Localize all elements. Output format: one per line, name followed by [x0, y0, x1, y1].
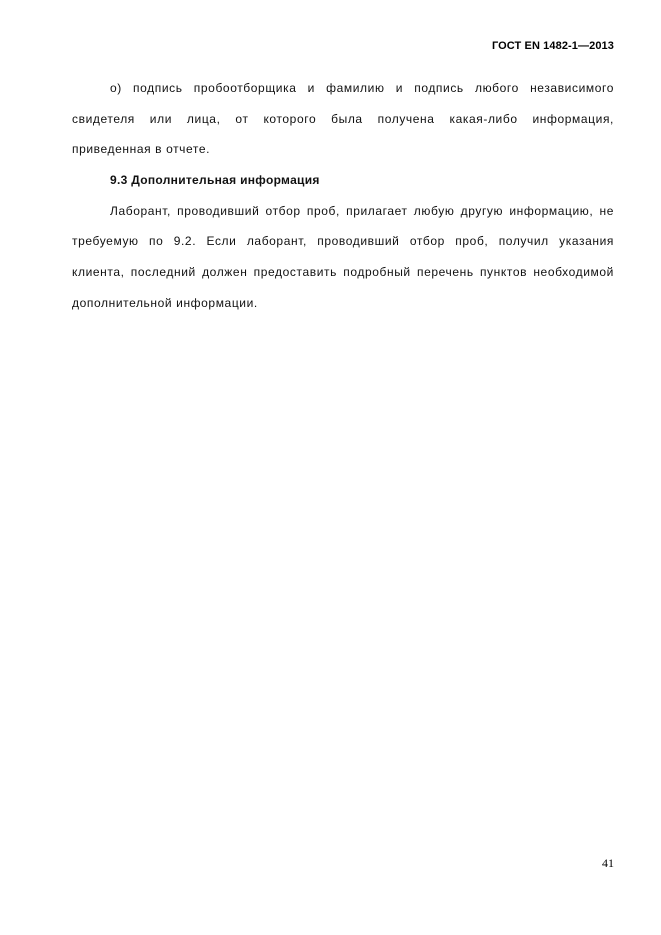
paragraph-line: требуемую по 9.2. Если лаборант, проводи… [72, 233, 614, 249]
paragraph-line: приведенная в отчете. [72, 141, 614, 157]
section-heading: 9.3 Дополнительная информация [72, 172, 614, 188]
paragraph-line: о) подпись пробоотборщика и фамилию и по… [72, 80, 614, 96]
document-code-header: ГОСТ EN 1482-1—2013 [492, 40, 614, 52]
paragraph-line: Лаборант, проводивший отбор проб, прилаг… [72, 203, 614, 219]
paragraph-line: клиента, последний должен предоставить п… [72, 264, 614, 280]
page-number: 41 [602, 856, 614, 871]
paragraph-line: дополнительной информации. [72, 295, 614, 311]
paragraph-line: свидетеля или лица, от которого была пол… [72, 111, 614, 127]
